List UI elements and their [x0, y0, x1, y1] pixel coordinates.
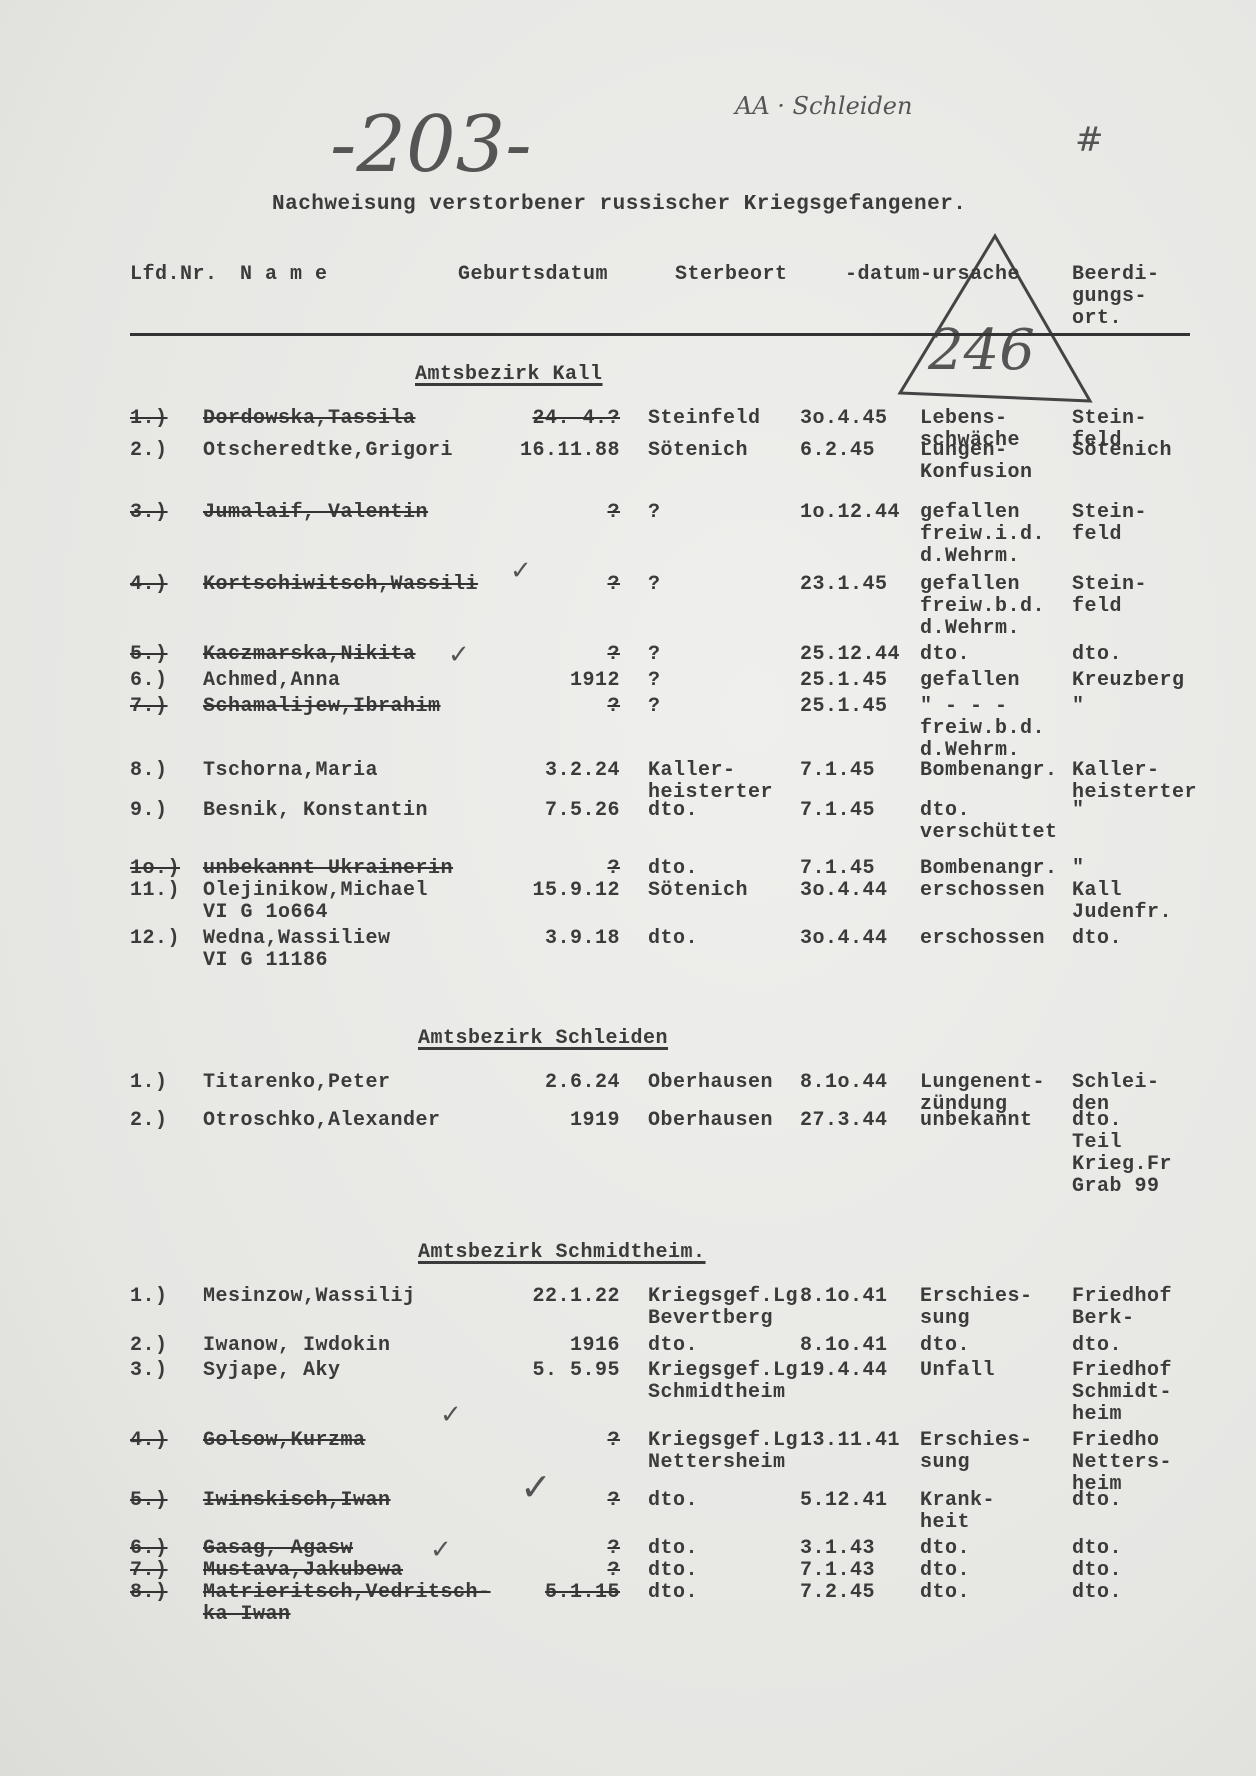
cell-date: 25.1.45	[800, 670, 888, 692]
cell-name: Achmed,Anna	[203, 670, 341, 692]
cell-cause: Erschies- sung	[920, 1286, 1033, 1330]
cell-date: 8.1o.41	[800, 1335, 888, 1357]
cell-date: 8.1o.44	[800, 1072, 888, 1094]
cell-burial: Kall Judenfr.	[1072, 880, 1172, 924]
cell-birth: ?	[470, 502, 620, 524]
check-mark-icon: ✓	[448, 640, 470, 670]
cell-burial: dto.	[1072, 928, 1122, 950]
cell-birth: ?	[470, 858, 620, 880]
cell-cause: erschossen	[920, 880, 1045, 902]
cell-name: Gasag, Agasw	[203, 1538, 353, 1560]
cell-cause: dto.	[920, 1560, 970, 1582]
cell-birth: 24. 4.?	[470, 408, 620, 430]
cell-place: Kriegsgef.Lg. Schmidtheim	[648, 1360, 811, 1404]
cell-nr: 2.)	[130, 1335, 168, 1357]
cell-nr: 6.)	[130, 670, 168, 692]
cell-date: 13.11.41	[800, 1430, 900, 1452]
cell-burial: Stein- feld	[1072, 574, 1147, 618]
cell-nr: 4.)	[130, 574, 168, 596]
cell-date: 25.12.44	[800, 644, 900, 666]
cell-place: dto.	[648, 1560, 698, 1582]
cell-place: ?	[648, 644, 661, 666]
cell-date: 19.4.44	[800, 1360, 888, 1382]
cell-burial: dto.	[1072, 1582, 1122, 1604]
document-page: -203- AA · Schleiden # 246 Nachweisung v…	[0, 0, 1256, 1776]
cell-birth: ?	[470, 696, 620, 718]
cell-cause: Unfall	[920, 1360, 995, 1382]
cell-birth: 15.9.12	[470, 880, 620, 902]
cell-cause: dto. verschüttet	[920, 800, 1058, 844]
cell-nr: 8.)	[130, 760, 168, 782]
cell-date: 8.1o.41	[800, 1286, 888, 1308]
cell-burial: dto.	[1072, 1335, 1122, 1357]
col-header-burial: Beerdi-gungs-ort.	[1072, 264, 1162, 330]
cell-nr: 11.)	[130, 880, 180, 902]
cell-cause: erschossen	[920, 928, 1045, 950]
cell-burial: "	[1072, 858, 1085, 880]
cell-birth: 1919	[470, 1110, 620, 1132]
cell-burial: dto.	[1072, 1490, 1122, 1512]
cell-burial: Friedhof Schmidt- heim	[1072, 1360, 1172, 1426]
cell-cause: Bombenangr.	[920, 760, 1058, 782]
cell-burial: dto.	[1072, 1538, 1122, 1560]
cell-nr: 6.)	[130, 1538, 168, 1560]
cell-name: Titarenko,Peter	[203, 1072, 391, 1094]
cell-cause: dto.	[920, 1582, 970, 1604]
cell-date: 6.2.45	[800, 440, 875, 462]
cell-burial: Kaller- heisterter	[1072, 760, 1197, 804]
cell-date: 27.3.44	[800, 1110, 888, 1132]
cell-nr: 4.)	[130, 1430, 168, 1452]
cell-place: dto.	[648, 1538, 698, 1560]
cell-burial: Friedhof Berk-	[1072, 1286, 1172, 1330]
cell-nr: 1o.)	[130, 858, 180, 880]
cell-burial: dto.	[1072, 644, 1122, 666]
cell-birth: 5. 5.95	[470, 1360, 620, 1382]
cell-place: dto.	[648, 1490, 698, 1512]
cell-burial: Kreuzberg	[1072, 670, 1185, 692]
cell-cause: Erschies- sung	[920, 1430, 1033, 1474]
cell-date: 3o.4.44	[800, 928, 888, 950]
cell-place: Kriegsgef.Lg. Bevertberg	[648, 1286, 811, 1330]
cell-name: Iwanow, Iwdokin	[203, 1335, 391, 1357]
cell-nr: 2.)	[130, 440, 168, 462]
cell-place: Sötenich	[648, 440, 748, 462]
cell-cause: gefallen	[920, 670, 1020, 692]
triangle-number: 246	[928, 318, 1035, 383]
cell-burial: Stein- feld	[1072, 502, 1147, 546]
cell-cause: Krank- heit	[920, 1490, 995, 1534]
cell-burial: Friedho Netters- heim	[1072, 1430, 1172, 1496]
cell-birth: 1912	[470, 670, 620, 692]
cell-name: Jumalaif, Valentin	[203, 502, 428, 524]
cell-birth: 3.9.18	[470, 928, 620, 950]
cell-birth: 3.2.24	[470, 760, 620, 782]
cell-date: 3o.4.44	[800, 880, 888, 902]
col-header-date-cause: -datum-ursache	[845, 264, 1020, 286]
page-number-handwritten: -203-	[330, 100, 532, 190]
section-heading: Amtsbezirk Schleiden	[418, 1028, 668, 1050]
cell-name: Kaczmarska,Nikita	[203, 644, 416, 666]
cell-place: Kriegsgef.Lg. Nettersheim	[648, 1430, 811, 1474]
cell-nr: 5.)	[130, 1490, 168, 1512]
cell-birth: 7.5.26	[470, 800, 620, 822]
cell-nr: 1.)	[130, 408, 168, 430]
col-header-name: N a m e	[240, 264, 328, 286]
cell-name: Mesinzow,Wassilij	[203, 1286, 416, 1308]
cell-birth: ?	[470, 1560, 620, 1582]
col-header-birth: Geburtsdatum	[458, 264, 608, 286]
cell-place: dto.	[648, 858, 698, 880]
cell-cause: gefallen freiw.i.d. d.Wehrm.	[920, 502, 1045, 568]
cell-birth: ?	[470, 1430, 620, 1452]
cell-place: dto.	[648, 800, 698, 822]
cell-place: ?	[648, 696, 661, 718]
cell-burial: "	[1072, 696, 1085, 718]
cell-place: Steinfeld	[648, 408, 761, 430]
cell-name: Matrieritsch,Vedritsch- ka Iwan	[203, 1582, 491, 1626]
cell-cause: unbekannt	[920, 1110, 1033, 1132]
cell-birth: 22.1.22	[470, 1286, 620, 1308]
check-mark-icon: ✓	[520, 1465, 552, 1509]
check-mark-icon: ✓	[440, 1400, 462, 1430]
cell-cause: gefallen freiw.b.d. d.Wehrm.	[920, 574, 1045, 640]
cell-cause: dto.	[920, 644, 970, 666]
cell-name: Wedna,Wassiliew VI G 11186	[203, 928, 391, 972]
cell-nr: 9.)	[130, 800, 168, 822]
cell-birth: 2.6.24	[470, 1072, 620, 1094]
cell-birth: ?	[470, 644, 620, 666]
cell-date: 23.1.45	[800, 574, 888, 596]
cell-place: dto.	[648, 1335, 698, 1357]
cell-date: 1o.12.44	[800, 502, 900, 524]
cell-burial: Sötenich	[1072, 440, 1172, 462]
cell-place: ?	[648, 502, 661, 524]
cell-name: Schamalijew,Ibrahim	[203, 696, 441, 718]
document-title: Nachweisung verstorbener russischer Krie…	[272, 194, 966, 216]
cell-burial: dto. Teil Krieg.Fr Grab 99	[1072, 1110, 1172, 1198]
cell-date: 7.1.45	[800, 858, 875, 880]
cell-cause: dto.	[920, 1335, 970, 1357]
cell-birth: 16.11.88	[470, 440, 620, 462]
archive-note-handwritten: AA · Schleiden	[735, 92, 912, 120]
cell-nr: 3.)	[130, 502, 168, 524]
cell-name: Iwinskisch,Iwan	[203, 1490, 391, 1512]
check-mark-icon: ✓	[430, 1535, 452, 1565]
cell-name: Otroschko,Alexander	[203, 1110, 441, 1132]
cell-cause: " - - - freiw.b.d. d.Wehrm.	[920, 696, 1045, 762]
cell-nr: 1.)	[130, 1072, 168, 1094]
cell-place: dto.	[648, 1582, 698, 1604]
cell-nr: 12.)	[130, 928, 180, 950]
cell-place: Oberhausen	[648, 1110, 773, 1132]
col-header-nr: Lfd.Nr.	[130, 264, 218, 286]
section-heading: Amtsbezirk Schmidtheim.	[418, 1242, 706, 1264]
cell-birth: 5.1.15	[470, 1582, 620, 1604]
cell-nr: 5.)	[130, 644, 168, 666]
cell-date: 5.12.41	[800, 1490, 888, 1512]
cell-date: 7.1.43	[800, 1560, 875, 1582]
cell-cause: Lungen- Konfusion	[920, 440, 1033, 484]
cell-name: Otscheredtke,Grigori	[203, 440, 453, 462]
section-heading: Amtsbezirk Kall	[415, 364, 603, 386]
cell-name: Golsow,Kurzma	[203, 1430, 366, 1452]
cell-birth: 1916	[470, 1335, 620, 1357]
cell-date: 7.2.45	[800, 1582, 875, 1604]
cell-date: 7.1.45	[800, 800, 875, 822]
cell-nr: 7.)	[130, 696, 168, 718]
cell-place: ?	[648, 574, 661, 596]
header-divider	[130, 333, 1190, 336]
cell-cause: Bombenangr.	[920, 858, 1058, 880]
corner-mark: #	[1075, 120, 1104, 160]
cell-date: 3.1.43	[800, 1538, 875, 1560]
cell-burial: dto.	[1072, 1560, 1122, 1582]
cell-place: ?	[648, 670, 661, 692]
cell-burial: "	[1072, 800, 1085, 822]
col-header-place: Sterbeort	[675, 264, 788, 286]
cell-date: 25.1.45	[800, 696, 888, 718]
cell-birth: ?	[470, 1538, 620, 1560]
cell-name: Kortschiwitsch,Wassili	[203, 574, 478, 596]
cell-name: Besnik, Konstantin	[203, 800, 428, 822]
cell-name: Syjape, Aky	[203, 1360, 341, 1382]
cell-place: Kaller- heisterter	[648, 760, 773, 804]
cell-birth: ?	[470, 574, 620, 596]
cell-nr: 3.)	[130, 1360, 168, 1382]
check-mark-icon: ✓	[510, 556, 532, 586]
cell-name: Mustava,Jakubewa	[203, 1560, 403, 1582]
cell-cause: dto.	[920, 1538, 970, 1560]
cell-nr: 7.)	[130, 1560, 168, 1582]
cell-name: Olejinikow,Michael VI G 1o664	[203, 880, 428, 924]
cell-nr: 1.)	[130, 1286, 168, 1308]
cell-place: Oberhausen	[648, 1072, 773, 1094]
cell-nr: 8.)	[130, 1582, 168, 1604]
cell-nr: 2.)	[130, 1110, 168, 1132]
cell-date: 7.1.45	[800, 760, 875, 782]
cell-place: Sötenich	[648, 880, 748, 902]
cell-date: 3o.4.45	[800, 408, 888, 430]
cell-name: unbekannt Ukrainerin	[203, 858, 453, 880]
cell-place: dto.	[648, 928, 698, 950]
cell-name: Dordowska,Tassila	[203, 408, 416, 430]
cell-name: Tschorna,Maria	[203, 760, 378, 782]
